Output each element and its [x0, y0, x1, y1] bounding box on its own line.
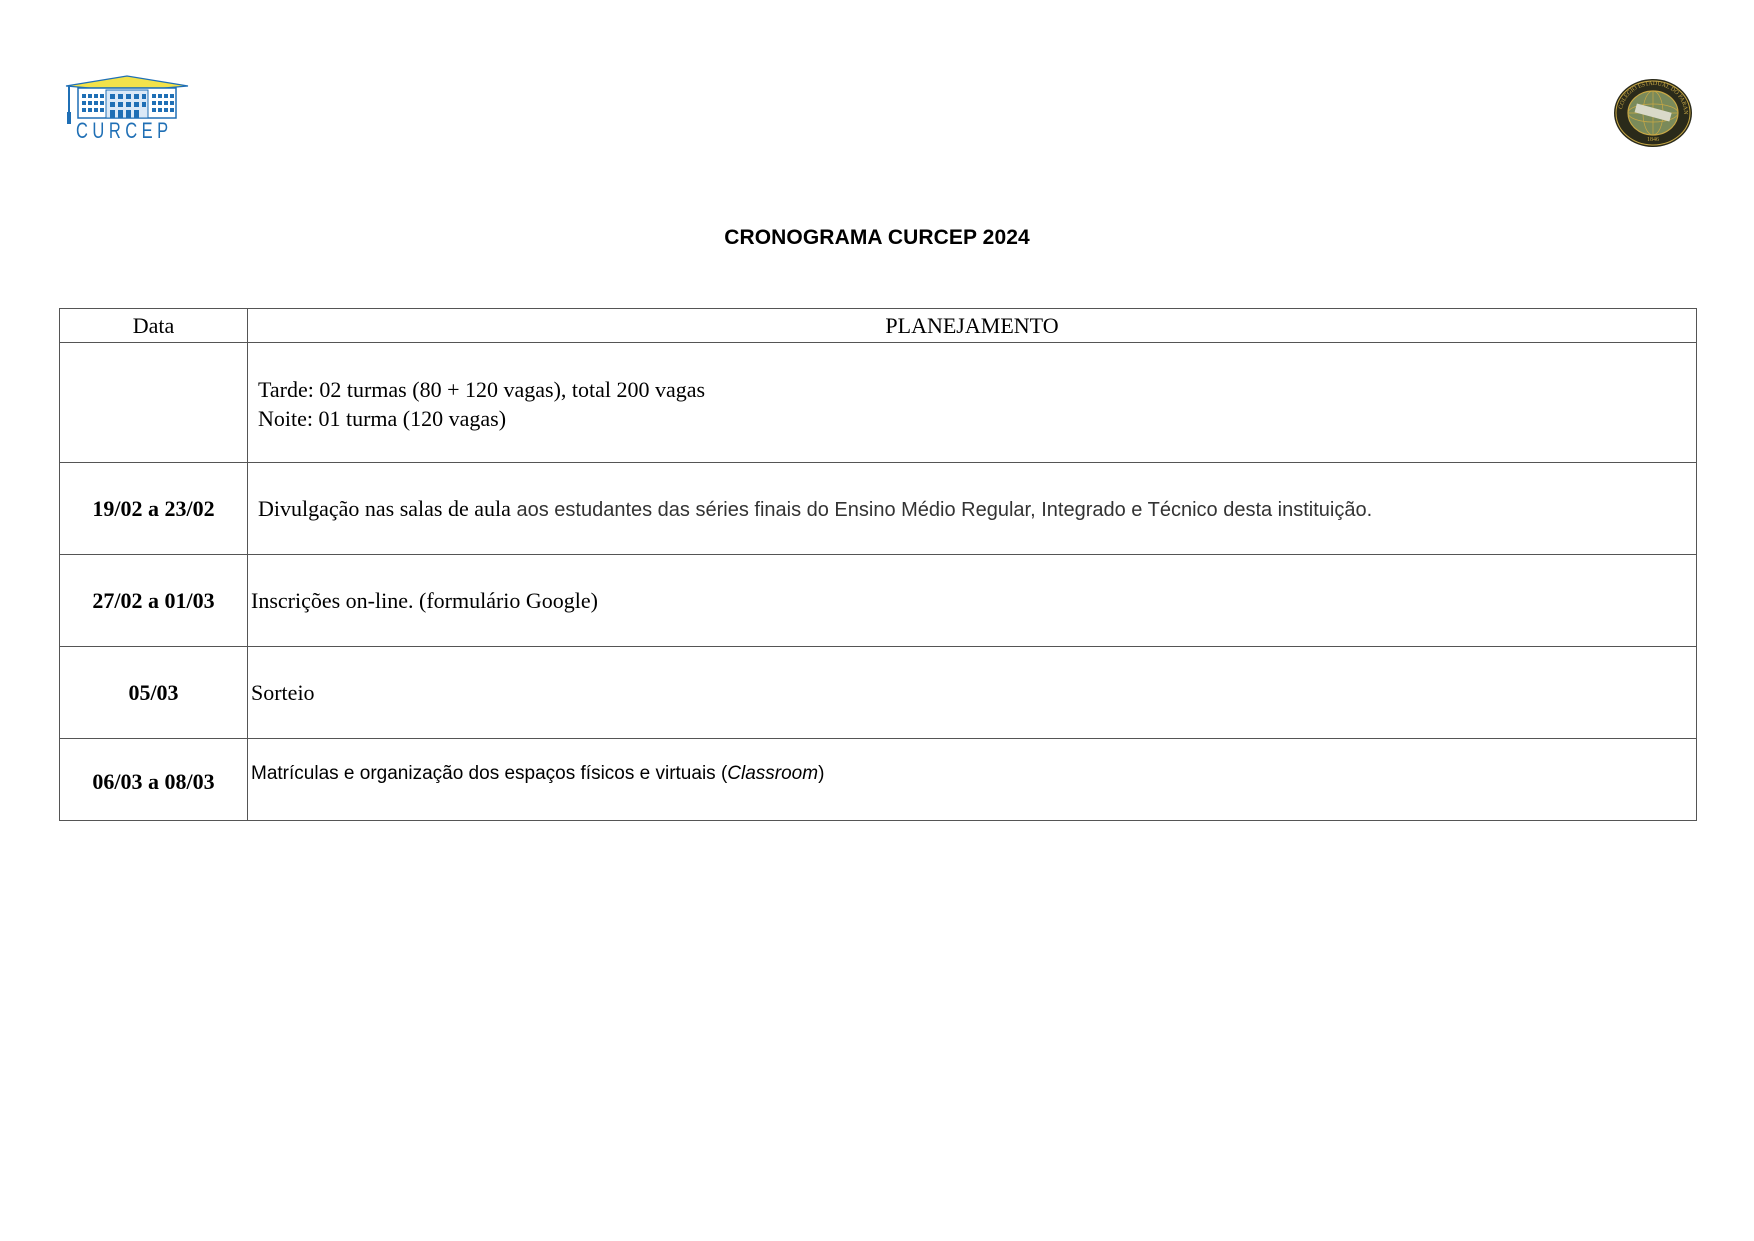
table-row: 19/02 a 23/02 Divulgação nas salas de au… [60, 463, 1697, 555]
curcep-logo-text: CURCEP [76, 118, 173, 144]
date-cell: 19/02 a 23/02 [60, 463, 248, 555]
column-header-planejamento: PLANEJAMENTO [248, 309, 1697, 343]
plan-text: Matrículas e organização dos espaços fís… [251, 763, 824, 785]
date-text: 06/03 a 08/03 [92, 769, 214, 795]
table-row: 06/03 a 08/03 Matrículas e organização d… [60, 739, 1697, 821]
shift-night: Noite: 01 turma (120 vagas) [258, 404, 1696, 433]
plan-cell: Inscrições on-line. (formulário Google) [248, 555, 1697, 647]
seal-icon: 1846 COLÉGIO ESTADUAL DO PARANÁ [1613, 78, 1693, 148]
shift-afternoon: Tarde: 02 turmas (80 + 120 vagas), total… [258, 375, 1696, 404]
date-cell: 05/03 [60, 647, 248, 739]
plan-text-italic: Classroom [727, 763, 818, 784]
curcep-logo: CURCEP [64, 74, 190, 144]
date-cell: 06/03 a 08/03 [60, 739, 248, 821]
plan-text-end: ) [818, 763, 824, 784]
plan-cell: Tarde: 02 turmas (80 + 120 vagas), total… [248, 343, 1697, 463]
table-row: Tarde: 02 turmas (80 + 120 vagas), total… [60, 343, 1697, 463]
date-cell [60, 343, 248, 463]
table-row: 05/03 Sorteio [60, 647, 1697, 739]
schedule-table: Data PLANEJAMENTO Tarde: 02 turmas (80 +… [59, 308, 1697, 821]
page-title: CRONOGRAMA CURCEP 2024 [0, 226, 1754, 250]
column-header-data: Data [60, 309, 248, 343]
plan-cell: Matrículas e organização dos espaços fís… [248, 739, 1697, 821]
plan-text-sans: aos estudantes das séries finais do Ensi… [511, 499, 1372, 521]
plan-text-main: Matrículas e organização dos espaços fís… [251, 763, 727, 784]
colegio-estadual-seal: 1846 COLÉGIO ESTADUAL DO PARANÁ [1613, 78, 1693, 148]
table-header-row: Data PLANEJAMENTO [60, 309, 1697, 343]
plan-text-serif: Divulgação nas salas de aula [258, 496, 511, 521]
svg-text:1846: 1846 [1647, 137, 1659, 143]
plan-cell: Divulgação nas salas de aula aos estudan… [248, 463, 1697, 555]
table-row: 27/02 a 01/03 Inscrições on-line. (formu… [60, 555, 1697, 647]
plan-cell: Sorteio [248, 647, 1697, 739]
date-cell: 27/02 a 01/03 [60, 555, 248, 647]
